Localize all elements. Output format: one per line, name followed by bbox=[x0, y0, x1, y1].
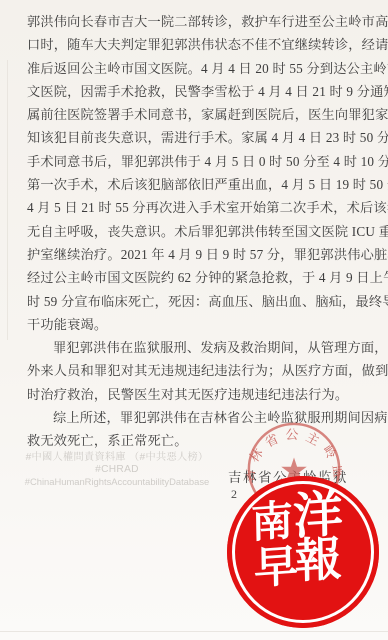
badge-char-bao: 報 bbox=[295, 536, 343, 586]
body-text-line: 知该犯目前丧失意识，需进行手术。家属 4 月 4 日 23 时 50 分签署 bbox=[27, 126, 361, 149]
body-text-line: 时治疗救治，民警医生对其无医疗违规违纪违法行为。 bbox=[27, 383, 361, 406]
date-fragment-text: 2 bbox=[231, 487, 237, 502]
body-text-line: 干功能衰竭。 bbox=[27, 313, 361, 336]
body-text-line: 文医院，因需手术抢救，民警李雪松于 4 月 4 日 21 时 9 分通知家 bbox=[27, 80, 361, 103]
body-text-line: 郭洪伟向长春市吉大一院二部转诊，救护车行进至公主岭市高速路 bbox=[27, 10, 361, 33]
body-text-line: 护室继续治疗。2021 年 4 月 9 日 9 时 57 分，罪犯郭洪伟心脏骤停… bbox=[27, 243, 361, 266]
scanned-document-page: 郭洪伟向长春市吉大一院二部转诊，救护车行进至公主岭市高速路 口时，随车大夫判定罪… bbox=[0, 0, 388, 640]
body-text-line: 口时，随车大夫判定罪犯郭洪伟状态不佳不宜继续转诊，经请示批 bbox=[27, 33, 361, 56]
scan-artifact-bottom-edge bbox=[0, 631, 388, 632]
nanyang-press-badge-stamp: 南 洋 早 報 bbox=[227, 476, 379, 628]
badge-char-nan: 南 bbox=[251, 501, 294, 546]
body-text-line: 准后返回公主岭市国文医院。4 月 4 日 20 时 55 分到达公主岭市国 bbox=[27, 57, 361, 80]
watermark-text-block: #中國人權問責資料庫 （#中共惡人榜）#CHRAD #ChinaHumanRig… bbox=[12, 452, 222, 487]
body-text-line: 外来人员和罪犯对其无违规违纪违法行为；从医疗方面，做到了及 bbox=[27, 359, 361, 382]
scan-artifact-left-edge bbox=[7, 60, 8, 340]
body-text-line: 经过公主岭市国文医院约 62 分钟的紧急抢救，于 4 月 9 日上午 10 bbox=[27, 266, 361, 289]
body-text-line: 第一次手术，术后该犯脑部依旧严重出血，4 月 5 日 19 时 50 分至 bbox=[27, 173, 361, 196]
body-text-line: 4 月 5 日 21 时 55 分再次进入手术室开始第二次手术，术后该犯已 bbox=[27, 196, 361, 219]
body-text-line: 手术同意书后，罪犯郭洪伟于 4 月 5 日 0 时 50 分至 4 时 10 分… bbox=[27, 150, 361, 173]
watermark-line-chinese: #中國人權問責資料庫 （#中共惡人榜）#CHRAD bbox=[12, 452, 222, 476]
document-body-text: 郭洪伟向长春市吉大一院二部转诊，救护车行进至公主岭市高速路 口时，随车大夫判定罪… bbox=[27, 10, 361, 453]
body-text-line: 属前往医院签署手术同意书，家属赶到医院后，医生向罪犯家属告 bbox=[27, 103, 361, 126]
body-text-line: 时 59 分宣布临床死亡，死因：高血压、脑出血、脑疝，最终导致脑 bbox=[27, 290, 361, 313]
watermark-line-english: #ChinaHumanRightsAccountabilityDatabase bbox=[12, 476, 222, 487]
badge-char-zao: 早 bbox=[254, 544, 299, 591]
body-text-line: 罪犯郭洪伟在监狱服刑、发病及救治期间，从管理方面，民警、 bbox=[27, 336, 361, 359]
body-text-line: 无自主呼吸，丧失意识。术后罪犯郭洪伟转至国文医院 ICU 重症监 bbox=[27, 220, 361, 243]
